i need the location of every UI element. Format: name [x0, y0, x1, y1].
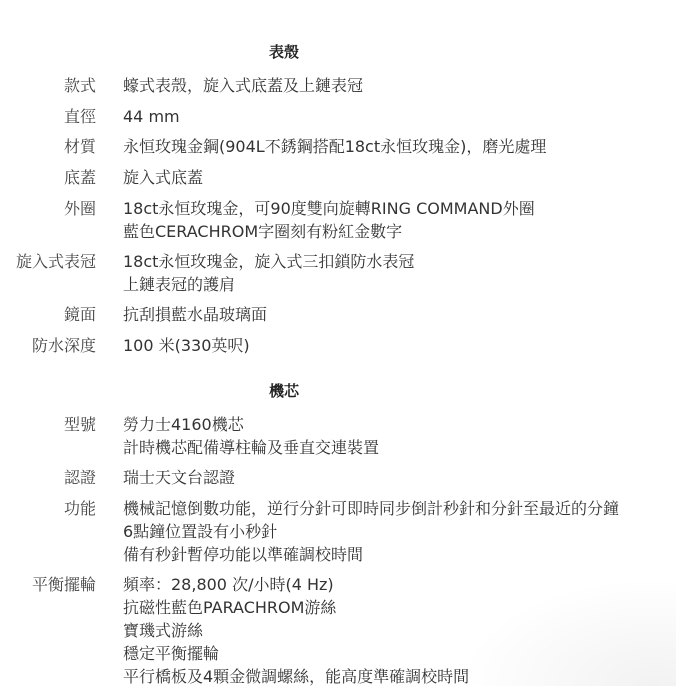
spec-label: 底蓋 — [64, 166, 96, 189]
spec-label: 平衡擺輪 — [32, 573, 96, 596]
spec-label: 認證 — [64, 466, 96, 489]
spec-value: 瑞士天文台認證 — [123, 466, 235, 489]
spec-label: 鏡面 — [64, 303, 96, 326]
spec-value: 18ct永恒玫瑰金，可90度雙向旋轉RING COMMAND外圈 藍色CERAC… — [123, 197, 535, 243]
spec-label: 防水深度 — [32, 334, 96, 357]
spec-value: 頻率：28,800 次/小時(4 Hz) 抗磁性藍色PARACHROM游絲 寶璣… — [123, 573, 469, 686]
spec-value: 100 米(330英呎) — [123, 334, 250, 357]
spec-value: 44 mm — [123, 105, 180, 128]
spec-label: 外圈 — [64, 197, 96, 220]
spec-value: 旋入式底蓋 — [123, 166, 203, 189]
section-title-movement: 機芯 — [0, 380, 568, 401]
spec-label: 型號 — [64, 413, 96, 436]
spec-value: 勞力士4160機芯 計時機芯配備導柱輪及垂直交連裝置 — [123, 413, 379, 459]
spec-value: 永恒玫瑰金鋼(904L不銹鋼搭配18ct永恒玫瑰金)，磨光處理 — [123, 135, 546, 158]
spec-value: 蠔式表殼，旋入式底蓋及上鏈表冠 — [123, 74, 363, 97]
spec-label: 材質 — [64, 135, 96, 158]
spec-value: 抗刮損藍水晶玻璃面 — [123, 303, 267, 326]
spec-label: 款式 — [64, 74, 96, 97]
section-title-case: 表殼 — [0, 41, 568, 62]
spec-value: 機械記憶倒數功能，逆行分針可即時同步倒計秒針和分針至最近的分鐘 6點鐘位置設有小… — [123, 497, 619, 566]
spec-label: 旋入式表冠 — [16, 250, 96, 273]
background-shade — [456, 576, 676, 686]
spec-label: 功能 — [64, 497, 96, 520]
spec-label: 直徑 — [64, 105, 96, 128]
spec-value: 18ct永恒玫瑰金，旋入式三扣鎖防水表冠 上鏈表冠的護肩 — [123, 250, 414, 296]
